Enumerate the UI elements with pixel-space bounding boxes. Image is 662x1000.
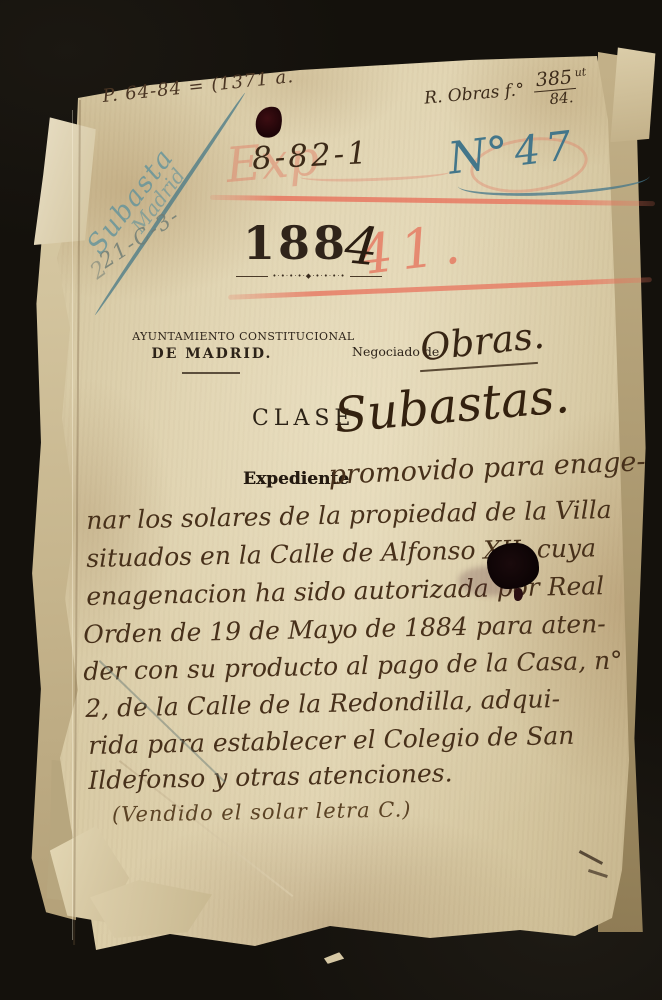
page-content: P. 64-84 = (1371 a. R. Obras f.° 385ut 8… <box>0 0 662 1000</box>
letterhead-rule <box>182 372 240 374</box>
blue-number-label: N° <box>445 127 511 185</box>
expediente-line: Orden de 19 de Mayo de 1884 para aten- <box>83 609 606 649</box>
blue-pencil-word-1: Subasta <box>46 96 215 306</box>
year-printed: 1884 <box>243 212 384 272</box>
letterhead-line-2: DE MADRID. <box>128 346 296 362</box>
clase-value-handwritten: Subastas. <box>332 368 572 444</box>
rule-line-left <box>236 276 268 277</box>
ink-annotation-folio: R. Obras f.° 385ut 84. <box>423 65 589 119</box>
expediente-line: der con su producto al pago de la Casa, … <box>83 646 623 686</box>
rule-line-right <box>350 276 382 277</box>
year-handwritten-digit: 4 <box>342 215 384 278</box>
red-crayon-line-2 <box>228 277 652 300</box>
negociado-value-handwritten: Obras. <box>418 314 546 370</box>
letterhead-line-1: AYUNTAMIENTO CONSTITUCIONAL <box>132 329 292 343</box>
ink-blot-over-text <box>487 543 539 589</box>
expediente-line: rida para establecer el Colegio de San <box>88 721 575 760</box>
year-printed-digits: 188 <box>243 216 348 270</box>
expediente-line: nar los solares de la propiedad de la Vi… <box>86 495 612 535</box>
rule-ornament: •·•·•·•·◆·•·•·•·• <box>272 272 345 280</box>
year-ornament-rule: •·•·•·•·◆·•·•·•·• <box>236 272 382 280</box>
blue-pencil-annotation: Subasta Madrid <box>46 96 230 317</box>
corner-ink-mark-2 <box>588 869 608 878</box>
folio-suffix: ut <box>574 65 587 79</box>
blue-number-value: 47 <box>512 122 580 175</box>
ink-expediente-number: 8-82-1 <box>251 135 371 177</box>
corner-ink-mark-1 <box>579 850 603 864</box>
archive-scan-background: P. 64-84 = (1371 a. R. Obras f.° 385ut 8… <box>0 0 662 1000</box>
folio-prefix: R. Obras f.° <box>423 80 525 109</box>
expediente-line: promovido para enage- <box>328 446 646 491</box>
expediente-footnote: (Vendido el solar letra C.) <box>112 797 412 826</box>
red-crayon-line-1 <box>210 195 655 206</box>
folio-fraction: 385ut 84. <box>532 65 589 110</box>
expediente-line: Ildefonso y otras atenciones. <box>88 758 453 795</box>
